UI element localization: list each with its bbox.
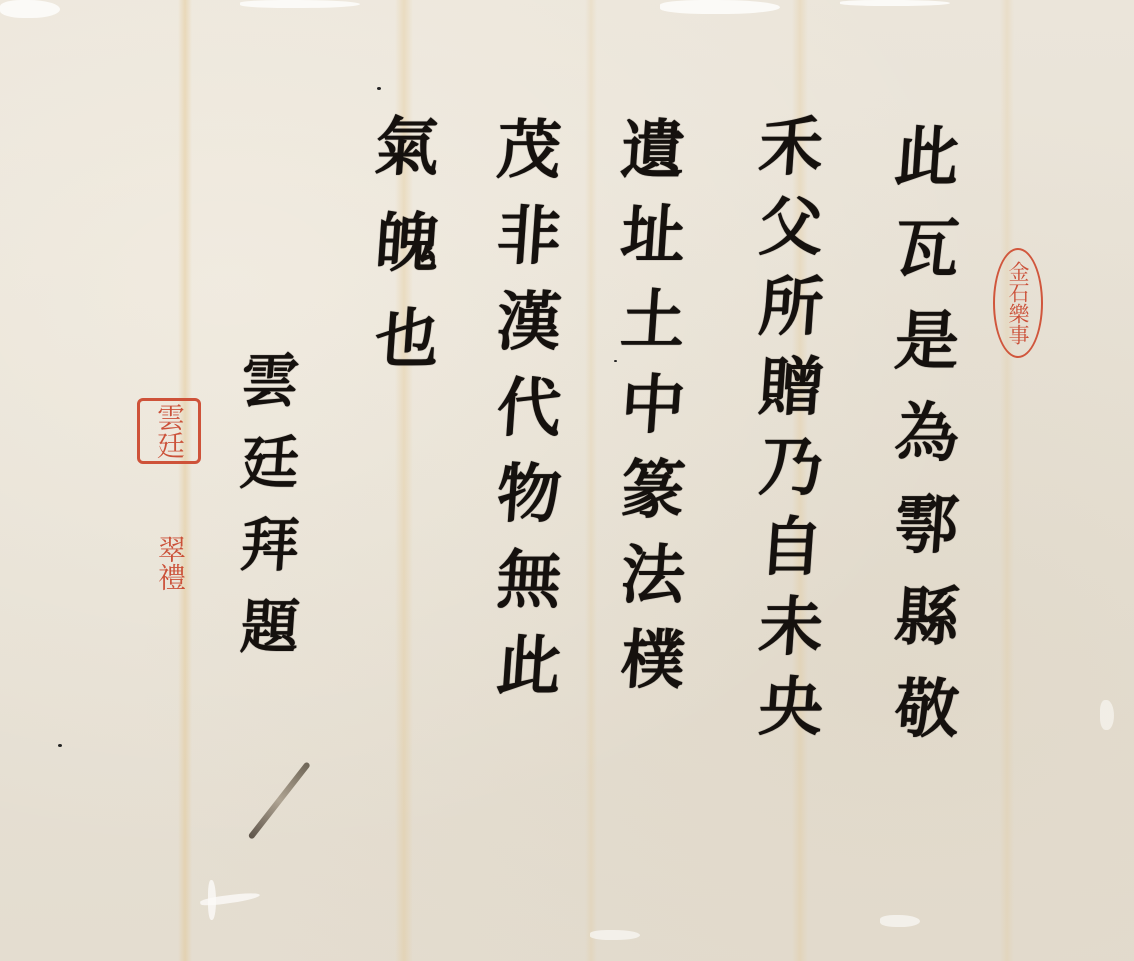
character: 廷 [231, 422, 309, 504]
character: 自 [749, 508, 833, 588]
character: 非 [487, 194, 571, 280]
character: 題 [231, 586, 309, 668]
signature: 雲 廷 拜 題 [234, 340, 306, 668]
character: 物 [487, 452, 571, 538]
seal-character: 樂 [1006, 303, 1030, 324]
character: 鄠 [885, 480, 969, 572]
paper-loss [880, 915, 920, 927]
square-seal-intaglio: 翠 禮 [139, 530, 201, 596]
ink-speck [58, 744, 62, 747]
character: 父 [749, 188, 833, 268]
character: 此 [885, 112, 969, 204]
oval-leading-seal: 金 石 樂 事 [993, 248, 1043, 358]
seal-character: 石 [1006, 282, 1030, 303]
inscription-column-2: 禾 父 所 贈 乃 自 未 央 [752, 108, 830, 748]
character: 漢 [487, 280, 571, 366]
character: 此 [487, 624, 571, 710]
character: 未 [749, 588, 833, 668]
paper-loss [0, 0, 60, 18]
character: 雲 [231, 340, 309, 422]
character: 址 [611, 193, 695, 278]
paper-loss [240, 0, 360, 8]
inscription-column-5: 氣 魄 也 [368, 100, 446, 388]
seal-character: 金 [1006, 261, 1030, 282]
character: 央 [749, 668, 833, 748]
character: 是 [885, 296, 969, 388]
character: 縣 [885, 572, 969, 664]
character: 魄 [365, 196, 450, 292]
character: 茂 [487, 108, 571, 194]
character: 也 [365, 292, 450, 388]
character: 氣 [365, 100, 450, 196]
seal-character: 廷 [154, 431, 184, 459]
character: 所 [749, 268, 833, 348]
seal-character: 禮 [155, 563, 185, 591]
inscription-column-4: 茂 非 漢 代 物 無 此 [490, 108, 568, 710]
character: 樸 [611, 618, 695, 703]
character: 瓦 [885, 204, 969, 296]
inscription-column-1: 此 瓦 是 為 鄠 縣 敬 [888, 112, 966, 756]
character: 敬 [885, 664, 969, 756]
character: 為 [885, 388, 969, 480]
paper-fold-stain [178, 0, 192, 961]
character: 土 [611, 278, 695, 363]
character: 無 [487, 538, 571, 624]
paper-tear-mark [248, 761, 311, 840]
seal-character: 翠 [155, 535, 185, 563]
character: 中 [611, 363, 695, 448]
paper-fold-stain [1000, 0, 1014, 961]
character: 篆 [611, 448, 695, 533]
character: 代 [487, 366, 571, 452]
inscription-column-3: 遺 址 土 中 篆 法 樸 [614, 108, 692, 703]
character: 乃 [749, 428, 833, 508]
paper-loss [1100, 700, 1114, 730]
paper-loss [840, 0, 950, 6]
seal-character: 事 [1006, 324, 1030, 345]
character: 禾 [749, 108, 833, 188]
character: 遺 [611, 108, 695, 193]
paper-fold-stain [585, 0, 597, 961]
square-seal-relief: 雲 廷 [137, 398, 201, 464]
ink-speck [377, 87, 381, 90]
paper-loss [590, 930, 640, 940]
paper-loss [208, 880, 216, 920]
character: 法 [611, 533, 695, 618]
paper-loss [660, 0, 780, 14]
seal-character: 雲 [154, 403, 184, 431]
calligraphy-paper: 此 瓦 是 為 鄠 縣 敬 禾 父 所 贈 乃 自 未 央 遺 址 土 中 篆 … [0, 0, 1134, 961]
character: 拜 [231, 504, 309, 586]
character: 贈 [749, 348, 833, 428]
